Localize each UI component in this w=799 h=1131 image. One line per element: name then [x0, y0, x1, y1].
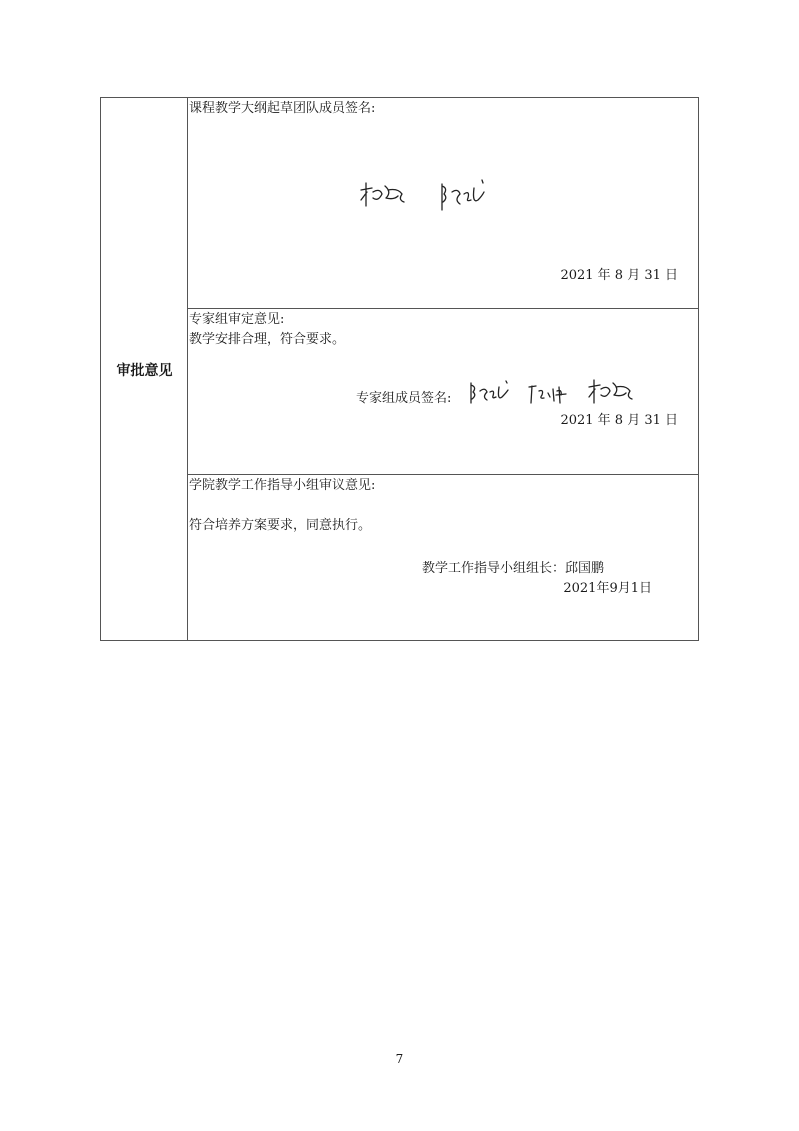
college-guidance-section: 学院教学工作指导小组审议意见: 符合培养方案要求，同意执行。 教学工作指导小组组…: [188, 475, 698, 641]
row-label: 审批意见: [101, 360, 188, 380]
expert-review-heading: 专家组审定意见:: [189, 312, 284, 328]
drafting-team-section: 课程教学大纲起草团队成员签名: 2021 年 8 月 31 日: [188, 98, 698, 309]
expert-review-date: 2021 年 8 月 31 日: [560, 413, 678, 429]
signature-1: [358, 180, 408, 210]
college-guidance-opinion: 符合培养方案要求，同意执行。: [189, 518, 371, 534]
signature-1: [586, 377, 634, 407]
drafting-team-heading: 课程教学大纲起草团队成员签名:: [189, 101, 375, 117]
college-guidance-heading: 学院教学工作指导小组审议意见:: [189, 478, 375, 494]
college-guidance-date: 2021年9月1日: [563, 581, 652, 597]
signature-2: [438, 178, 488, 214]
expert-signer-label: 专家组成员签名:: [356, 391, 451, 407]
page-number: 7: [0, 1052, 799, 1066]
row-label-cell: 审批意见: [101, 98, 188, 640]
approval-table: 审批意见 课程教学大纲起草团队成员签名: 2021 年 8 月 31 日 专家组…: [100, 97, 699, 641]
expert-review-section: 专家组审定意见: 教学安排合理，符合要求。 专家组成员签名: 2021 年 8 …: [188, 309, 698, 475]
signature-3: [526, 381, 570, 407]
guidance-leader-line: 教学工作指导小组组长：邱国鹏: [422, 561, 604, 577]
drafting-date: 2021 年 8 月 31 日: [560, 268, 678, 284]
signature-2: [468, 379, 512, 407]
expert-review-opinion: 教学安排合理，符合要求。: [189, 332, 345, 348]
